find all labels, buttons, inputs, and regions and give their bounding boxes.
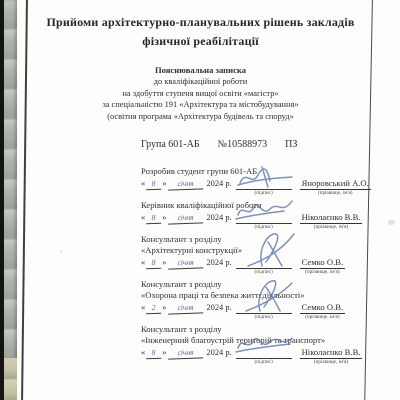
signature-line (236, 346, 292, 359)
handwritten-day: 8 (146, 347, 161, 360)
signature-caption: (підпис) (236, 190, 292, 197)
group-info-line: Група 601-АБ №10588973 ПЗ (29, 138, 372, 151)
name-area: Ніколаєнко В.В. (прізвище, ім'я) (300, 211, 363, 231)
work-number: №10588973 (218, 138, 268, 151)
quote-open: « (141, 348, 145, 357)
quote-close: » (162, 179, 166, 188)
explanatory-note: Пояснювальна записка до кваліфікаційної … (29, 64, 372, 122)
role-label: Керівник кваліфікаційної роботи (141, 200, 372, 211)
person-name: Яноровський А.О. (300, 177, 371, 190)
note-line: за спеціальністю 191 «Архітектура та міс… (29, 99, 372, 111)
signature-area: (підпис) (236, 211, 292, 231)
date-signature-row: «8» січня2024 р. (підпис) Ніколаєнко В.В… (141, 346, 372, 366)
name-caption: (прізвище, ім'я) (300, 359, 363, 366)
signature-caption: (підпис) (236, 269, 292, 276)
role-label: Розробив студент групи 601-АБ (141, 166, 372, 177)
person-name: Ніколаєнко В.В. (300, 346, 363, 359)
person-name: Семко О.В. (300, 301, 346, 314)
date-signature-row: «2» січня2024 р. (підпис) Семко О.В. (пр… (141, 301, 372, 321)
doc-code: ПЗ (285, 138, 297, 151)
binding-strip (4, 0, 17, 400)
signature-block-consultant-engineering: Консультант з розділу «Інженерний благоу… (141, 324, 372, 366)
page-left-edge-line (21, 0, 28, 400)
year-text: 2024 р. (206, 348, 231, 357)
handwritten-day: 8 (146, 178, 161, 191)
scan-smudge (388, 220, 395, 225)
name-area: Яноровський А.О. (прізвище, ім'я) (300, 177, 371, 197)
date-text: «2» січня2024 р. (141, 301, 232, 314)
quote-close: » (162, 258, 166, 267)
section-topic: «Архітектурні конструкції» (141, 245, 372, 256)
date-text: «8» січня2024 р. (141, 177, 232, 190)
name-caption: (прізвище, ім'я) (300, 314, 346, 321)
signature-section: Розробив студент групи 601-АБ «8» січня2… (29, 166, 372, 366)
role-label: Консультант з розділу (141, 279, 372, 290)
signature-line (236, 177, 292, 190)
handwritten-month: січня (168, 212, 203, 225)
year-text: 2024 р. (206, 179, 231, 188)
title-line-2: фізичної реабілітації (29, 32, 372, 51)
quote-close: » (162, 213, 166, 222)
signature-caption: (підпис) (236, 359, 292, 366)
signature-area: (підпис) (236, 256, 292, 276)
date-signature-row: «8» січня2024 р. (підпис) Яноровський А.… (141, 177, 372, 197)
signature-line (236, 256, 292, 269)
signature-area: (підпис) (236, 346, 292, 366)
page-content: Прийоми архітектурно-планувальних рішень… (29, 0, 372, 400)
note-line: на здобуття ступеня вищої освіти «магіст… (29, 88, 372, 100)
note-title: Пояснювальна записка (29, 64, 372, 76)
title-line-1: Прийоми архітектурно-планувальних рішень… (29, 13, 372, 32)
handwritten-day: 8 (146, 212, 161, 225)
signature-block-student: Розробив студент групи 601-АБ «8» січня2… (141, 166, 372, 197)
quote-open: « (141, 303, 145, 312)
date-signature-row: «8» січня2024 р. (підпис) Семко О.В. (пр… (141, 256, 372, 276)
year-text: 2024 р. (206, 213, 231, 222)
handwritten-month: січня (168, 178, 203, 191)
handwritten-month: січня (168, 302, 203, 315)
signature-block-consultant-structures: Консультант з розділу «Архітектурні конс… (141, 234, 372, 276)
year-text: 2024 р. (206, 258, 231, 267)
document-title: Прийоми архітектурно-планувальних рішень… (29, 13, 372, 51)
handwritten-day: 8 (146, 257, 161, 270)
signature-area: (підпис) (236, 177, 292, 197)
role-label: Консультант з розділу (141, 234, 372, 245)
note-line: до кваліфікаційної роботи (29, 76, 372, 88)
quote-close: » (162, 348, 166, 357)
section-topic: «Інженерний благоустрій територій та тра… (141, 335, 372, 346)
handwritten-day: 2 (146, 302, 161, 315)
person-name: Ніколаєнко В.В. (300, 211, 363, 224)
person-name: Семко О.В. (300, 256, 346, 269)
handwritten-month: січня (168, 257, 203, 270)
signature-caption: (підпис) (236, 224, 292, 231)
name-caption: (прізвище, ім'я) (300, 224, 363, 231)
date-text: «8» січня2024 р. (141, 346, 232, 359)
name-area: Ніколаєнко В.В. (прізвище, ім'я) (300, 346, 363, 366)
handwritten-month: січня (168, 347, 203, 360)
signature-caption: (підпис) (236, 314, 292, 321)
quote-close: » (162, 303, 166, 312)
signature-line (236, 301, 292, 314)
scanned-page: Прийоми архітектурно-планувальних рішень… (0, 0, 400, 400)
date-signature-row: «8» січня2024 р. (підпис) Ніколаєнко В.В… (141, 211, 372, 231)
signature-block-consultant-safety: Консультант з розділу «Охорона праці та … (141, 279, 372, 321)
group-label: Група 601-АБ (141, 138, 200, 151)
role-label: Консультант з розділу (141, 324, 372, 335)
signature-line (236, 211, 292, 224)
quote-open: « (141, 258, 145, 267)
name-caption: (прізвище, ім'я) (300, 190, 371, 197)
date-text: «8» січня2024 р. (141, 256, 232, 269)
signature-area: (підпис) (236, 301, 292, 321)
quote-open: « (141, 179, 145, 188)
note-line: (освітня програма «Архітектура будівель … (29, 111, 372, 123)
date-text: «8» січня2024 р. (141, 211, 232, 224)
signature-block-supervisor: Керівник кваліфікаційної роботи «8» січн… (141, 200, 372, 231)
year-text: 2024 р. (206, 303, 231, 312)
name-area: Семко О.В. (прізвище, ім'я) (300, 301, 346, 321)
section-topic: «Охорона праці та безпека життєдіяльност… (141, 290, 372, 301)
name-area: Семко О.В. (прізвище, ім'я) (300, 256, 346, 276)
quote-open: « (141, 213, 145, 222)
name-caption: (прізвище, ім'я) (300, 269, 346, 276)
